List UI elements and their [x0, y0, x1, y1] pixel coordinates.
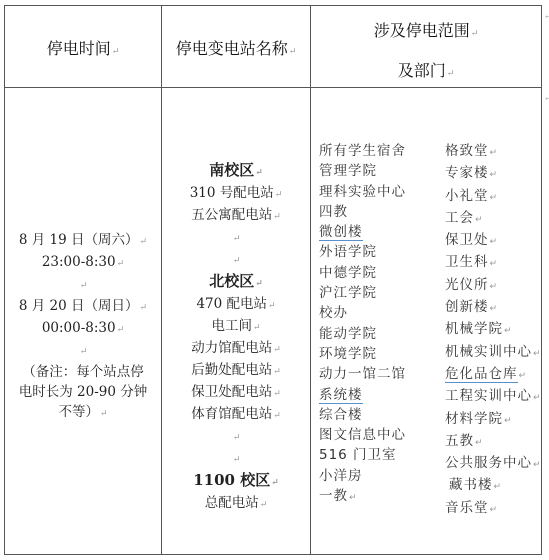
paragraph-mark: ↵: [490, 304, 499, 314]
paragraph-mark: ↵: [80, 281, 88, 291]
paragraph-mark: ↵: [100, 409, 108, 419]
list-item: 图文信息中心: [319, 425, 406, 445]
paragraph-mark: ↵: [533, 460, 542, 470]
paragraph-mark: ↵: [253, 323, 261, 333]
paragraph-mark: ↵: [260, 500, 268, 510]
paragraph-mark: ↵: [140, 237, 148, 247]
paragraph-mark: ↵: [490, 148, 499, 158]
list-item: 动力一馆二馆: [319, 364, 406, 384]
outage-time-cell: 8 月 19 日（周六）↵ 23:00-8:30↵ ↵ 8 月 20 日（周日）…: [5, 230, 161, 424]
list-item: 公共服务中心: [445, 455, 532, 471]
paragraph-mark: ↵: [233, 455, 241, 465]
list-item: 小洋房: [319, 466, 406, 486]
paragraph-mark: ↵: [490, 170, 499, 180]
paragraph-mark: ↵: [504, 416, 513, 426]
scope-list-left: 所有学生宿舍 管理学院 理科实验中心 四教 微创楼 外语学院 中德学院 沪江学院…: [319, 141, 406, 508]
list-item: 环境学院: [319, 344, 406, 364]
paragraph-mark: ↵: [273, 367, 281, 377]
paragraph-mark: ↵: [504, 326, 513, 336]
list-item: 材料学院: [445, 411, 503, 427]
date-2: 8 月 20 日（周日）: [19, 298, 139, 314]
text: 电工间: [211, 318, 252, 334]
list-item: 卫生科: [445, 254, 489, 270]
paragraph-mark: ↵: [490, 259, 499, 269]
scope-list-right: 格致堂↵ 专家楼↵ 小礼堂↵ 工会↵ 保卫处↵ 卫生科↵ 光仪所↵ 创新楼↵ 机…: [445, 141, 542, 520]
paragraph-mark: ↵: [80, 347, 88, 357]
paragraph-mark: ↵: [273, 345, 281, 355]
list-item: 一教: [319, 488, 348, 504]
paragraph-mark: ↵: [490, 505, 499, 515]
list-item: 能动学院: [319, 324, 406, 344]
header-station: 停电变电站名称↵: [162, 36, 310, 59]
paragraph-mark: ↵: [447, 69, 455, 79]
station-cell: 南校区↵ 310 号配电站↵ 五公寓配电站↵ ↵ ↵ 北校区↵ 470 配电站↵…: [162, 160, 310, 515]
list-item: 机械实训中心: [445, 344, 532, 360]
header-divider: [5, 87, 541, 88]
list-item: 专家楼: [445, 165, 489, 181]
note: （备注：每个站点停 电时长为 20-90 分钟 不等）↵: [5, 362, 161, 424]
list-item: 机械学院: [445, 321, 503, 337]
paragraph-mark: ↵: [273, 389, 281, 399]
list-item: 小礼堂: [445, 188, 489, 204]
paragraph-mark: ↵: [273, 212, 281, 222]
text: （备注：每个站点停: [5, 362, 161, 382]
paragraph-mark: ↵: [494, 482, 503, 492]
column-divider: [310, 6, 311, 554]
list-item: 516 门卫室: [319, 445, 406, 465]
paragraph-mark: ↵: [140, 303, 148, 313]
text: 动力馆配电站: [191, 340, 272, 356]
paragraph-mark: ↵: [117, 259, 125, 269]
text: 电时长为 20-90 分钟: [5, 382, 161, 402]
paragraph-mark: ↵: [268, 301, 276, 311]
text: 五公寓配电站: [191, 207, 272, 223]
list-item: 理科实验中心: [319, 182, 406, 202]
text: 停电变电站名称: [176, 39, 288, 58]
list-item: 沪江学院: [319, 283, 406, 303]
list-item: 音乐堂: [445, 500, 489, 516]
text: 体育馆配电站: [191, 406, 272, 422]
text: 保卫处配电站: [191, 384, 272, 400]
text: 不等）: [58, 404, 99, 420]
time-range-2: 00:00-8:30: [42, 320, 116, 336]
paragraph-mark: ↵: [519, 371, 528, 381]
list-item: 外语学院: [319, 242, 406, 262]
header-time: 停电时间↵: [5, 36, 161, 59]
text: 总配电站: [205, 495, 259, 511]
paragraph-mark: ↵: [490, 237, 499, 247]
text: 310 号配电站: [190, 185, 274, 201]
text: 涉及停电范围: [374, 21, 470, 40]
text: 停电时间: [47, 39, 111, 58]
list-item: 格致堂: [445, 143, 489, 159]
row-end-mark: ↵: [544, 94, 549, 104]
list-item: 光仪所: [445, 277, 489, 293]
paragraph-mark: ↵: [117, 325, 125, 335]
list-item: 管理学院: [319, 161, 406, 181]
paragraph-mark: ↵: [490, 193, 499, 203]
list-item: 工程实训中心: [445, 388, 532, 404]
list-item: 校办: [319, 303, 406, 323]
paragraph-mark: ↵: [233, 433, 241, 443]
paragraph-mark: ↵: [289, 47, 297, 57]
header-scope: 涉及停电范围↵ 及部门↵: [311, 18, 541, 81]
paragraph-mark: ↵: [233, 256, 241, 266]
list-item: 保卫处: [445, 232, 489, 248]
list-item: 中德学院: [319, 263, 406, 283]
paragraph-mark: ↵: [233, 234, 241, 244]
list-item: 工会: [445, 210, 474, 226]
power-outage-table: 停电时间↵ 停电变电站名称↵ 涉及停电范围↵ 及部门↵ 8 月 19 日（周六）…: [4, 5, 542, 555]
text: 及部门: [398, 61, 446, 80]
row-end-mark: ↵: [544, 12, 549, 22]
list-item: 综合楼: [319, 405, 406, 425]
text: 470 配电站: [196, 296, 267, 312]
paragraph-mark: ↵: [271, 478, 279, 488]
list-item: 藏书楼: [449, 477, 493, 493]
list-item: 创新楼: [445, 299, 489, 315]
list-item: 危化品仓库: [445, 366, 518, 383]
paragraph-mark: ↵: [533, 349, 542, 359]
paragraph-mark: ↵: [275, 190, 283, 200]
campus-1100: 1100 校区: [193, 471, 270, 489]
paragraph-mark: ↵: [533, 393, 542, 403]
paragraph-mark: ↵: [349, 493, 358, 503]
list-item: 五教: [445, 433, 474, 449]
campus-south: 南校区: [209, 161, 254, 179]
paragraph-mark: ↵: [471, 29, 479, 39]
text: 后勤处配电站: [191, 362, 272, 378]
paragraph-mark: ↵: [273, 411, 281, 421]
date-1: 8 月 19 日（周六）: [19, 232, 139, 248]
list-item: 微创楼: [319, 224, 363, 241]
paragraph-mark: ↵: [475, 215, 484, 225]
paragraph-mark: ↵: [255, 279, 263, 289]
paragraph-mark: ↵: [490, 282, 499, 292]
list-item: 四教: [319, 202, 406, 222]
time-range-1: 23:00-8:30: [42, 254, 116, 270]
paragraph-mark: ↵: [255, 168, 263, 178]
list-item: 所有学生宿舍: [319, 141, 406, 161]
paragraph-mark: ↵: [475, 438, 484, 448]
list-item: 系统楼: [319, 387, 363, 404]
campus-north: 北校区: [209, 272, 254, 290]
paragraph-mark: ↵: [112, 47, 120, 57]
